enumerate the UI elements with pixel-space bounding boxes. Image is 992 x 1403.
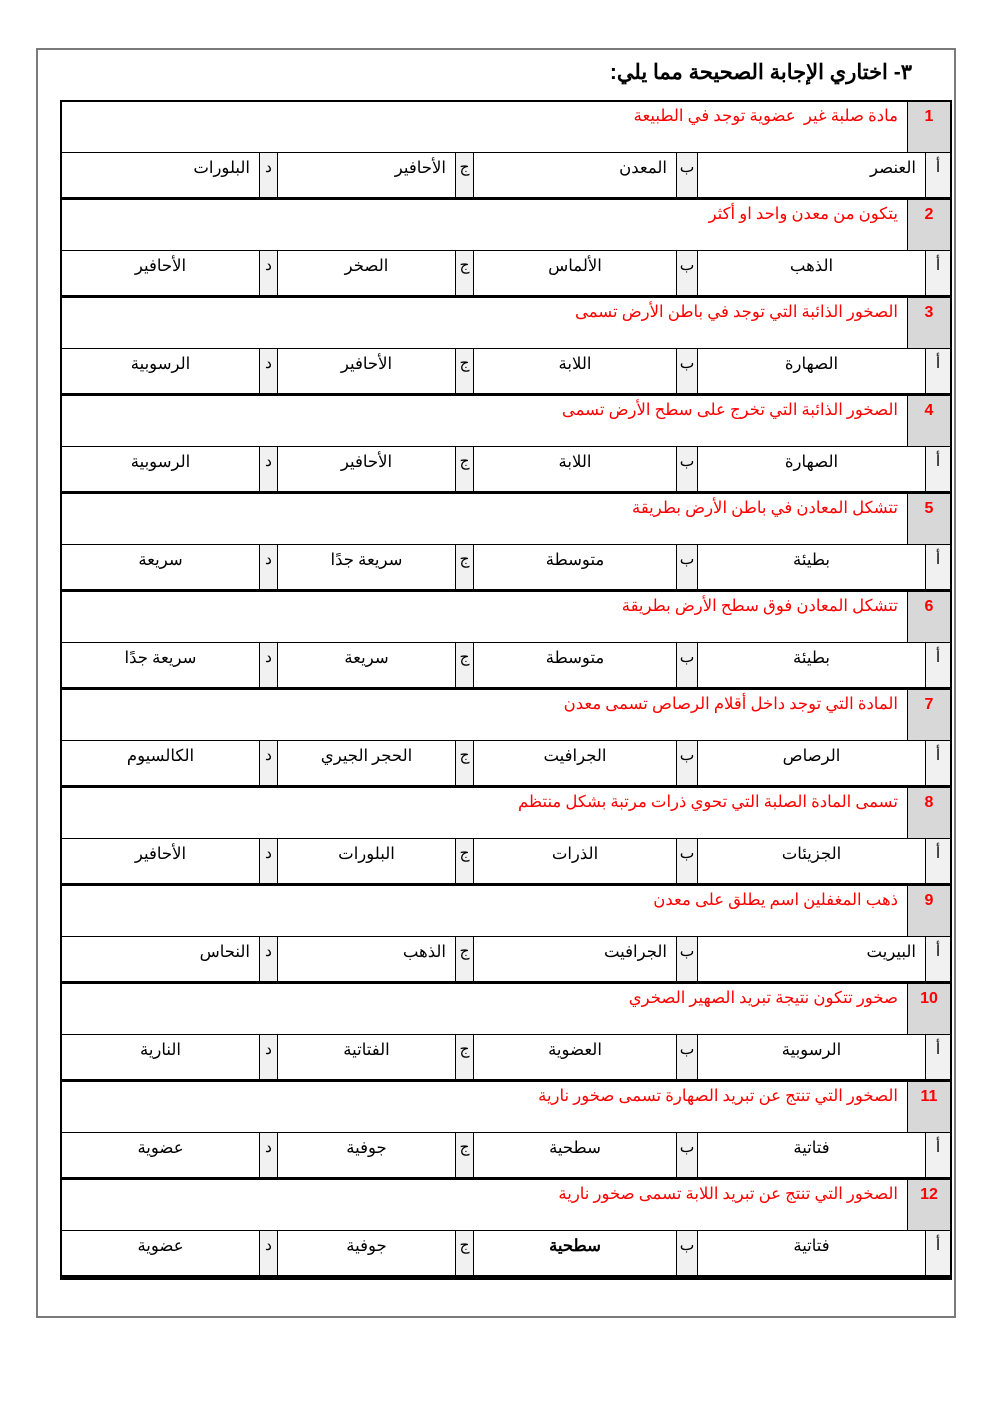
option-letter: ب	[677, 447, 698, 491]
question-row: 2 يتكون من معدن واحد او أكثر	[62, 200, 950, 251]
option-letter: د	[260, 937, 278, 981]
question-text: الصخور التي تنتج عن تبريد الصهارة تسمى ص…	[62, 1082, 908, 1132]
question-block: 10 صخور تتكون نتيجة تبريد الصهير الصخري …	[62, 984, 950, 1082]
option-letter: ب	[677, 1035, 698, 1079]
option-text: فتاتية	[698, 1231, 926, 1275]
option-letter: د	[260, 1133, 278, 1177]
options-row: أ الصهارة ب اللابة ج الأحافير د الرسوبية	[62, 447, 950, 491]
option-letter: د	[260, 1231, 278, 1275]
question-number: 2	[908, 200, 950, 250]
option-letter: ب	[677, 251, 698, 295]
option-letter: د	[260, 251, 278, 295]
question-block: 8 تسمى المادة الصلبة التي تحوي ذرات مرتب…	[62, 788, 950, 886]
option-letter: أ	[926, 545, 950, 589]
option-letter: د	[260, 545, 278, 589]
option-text: الأحافير	[278, 153, 456, 197]
option-letter: أ	[926, 153, 950, 197]
option-letter: أ	[926, 447, 950, 491]
option-text: فتاتية	[698, 1133, 926, 1177]
option-letter: د	[260, 447, 278, 491]
option-text: سريعة جدًا	[278, 545, 456, 589]
question-number: 8	[908, 788, 950, 838]
option-letter: أ	[926, 1231, 950, 1275]
question-text: يتكون من معدن واحد او أكثر	[62, 200, 908, 250]
option-letter: ج	[456, 1133, 474, 1177]
question-number: 5	[908, 494, 950, 544]
option-letter: أ	[926, 251, 950, 295]
option-text: الكالسيوم	[62, 741, 260, 785]
option-text: النحاس	[62, 937, 260, 981]
option-text: النارية	[62, 1035, 260, 1079]
question-block: 12 الصخور التي تنتج عن تبريد اللابة تسمى…	[62, 1180, 950, 1275]
option-text: الذهب	[278, 937, 456, 981]
options-row: أ الجزيئات ب الذرات ج البلورات د الأحافي…	[62, 839, 950, 883]
question-text: ذهب المغفلين اسم يطلق على معدن	[62, 886, 908, 936]
option-text: سريعة	[62, 545, 260, 589]
option-letter: ج	[456, 545, 474, 589]
option-text: المعدن	[474, 153, 677, 197]
option-letter: د	[260, 1035, 278, 1079]
option-text: سطحية	[474, 1133, 677, 1177]
option-letter: ج	[456, 839, 474, 883]
option-letter: ب	[677, 153, 698, 197]
options-row: أ بطيئة ب متوسطة ج سريعة د سريعة جدًا	[62, 643, 950, 687]
option-letter: ب	[677, 1133, 698, 1177]
options-row: أ الرصاص ب الجرافيت ج الحجر الجيري د الك…	[62, 741, 950, 785]
question-block: 11 الصخور التي تنتج عن تبريد الصهارة تسم…	[62, 1082, 950, 1180]
options-row: أ العنصر ب المعدن ج الأحافير د البلورات	[62, 153, 950, 197]
question-row: 1 مادة صلبة غير عضوية توجد في الطبيعة	[62, 102, 950, 153]
option-text: جوفية	[278, 1133, 456, 1177]
options-row: أ فتاتية ب سطحية ج جوفية د عضوية	[62, 1231, 950, 1275]
option-text: البلورات	[278, 839, 456, 883]
option-text: العضوية	[474, 1035, 677, 1079]
question-text: تتشكل المعادن في باطن الأرض بطريقة	[62, 494, 908, 544]
question-number: 12	[908, 1180, 950, 1230]
question-text: تتشكل المعادن فوق سطح الأرض بطريقة	[62, 592, 908, 642]
question-row: 3 الصخور الذائبة التي توجد في باطن الأرض…	[62, 298, 950, 349]
option-text: الذرات	[474, 839, 677, 883]
question-row: 8 تسمى المادة الصلبة التي تحوي ذرات مرتب…	[62, 788, 950, 839]
option-letter: ج	[456, 643, 474, 687]
option-text: الحجر الجيري	[278, 741, 456, 785]
question-number: 4	[908, 396, 950, 446]
option-text: الرسوبية	[62, 349, 260, 393]
option-text: اللابة	[474, 349, 677, 393]
question-text: الصخور الذائبة التي توجد في باطن الأرض ت…	[62, 298, 908, 348]
question-row: 12 الصخور التي تنتج عن تبريد اللابة تسمى…	[62, 1180, 950, 1231]
question-number: 9	[908, 886, 950, 936]
option-text: الرسوبية	[62, 447, 260, 491]
option-letter: ب	[677, 839, 698, 883]
option-letter: ج	[456, 349, 474, 393]
question-number: 1	[908, 102, 950, 152]
option-text: متوسطة	[474, 643, 677, 687]
question-row: 7 المادة التي توجد داخل أقلام الرصاص تسم…	[62, 690, 950, 741]
option-text: الألماس	[474, 251, 677, 295]
question-number: 3	[908, 298, 950, 348]
option-text: عضوية	[62, 1231, 260, 1275]
option-letter: ج	[456, 447, 474, 491]
question-block: 2 يتكون من معدن واحد او أكثر أ الذهب ب ا…	[62, 200, 950, 298]
option-text: الصهارة	[698, 447, 926, 491]
option-letter: د	[260, 839, 278, 883]
options-row: أ فتاتية ب سطحية ج جوفية د عضوية	[62, 1133, 950, 1177]
option-letter: أ	[926, 643, 950, 687]
question-number: 11	[908, 1082, 950, 1132]
option-text: عضوية	[62, 1133, 260, 1177]
option-text: سريعة جدًا	[62, 643, 260, 687]
option-text: الصهارة	[698, 349, 926, 393]
option-letter: ب	[677, 545, 698, 589]
option-text: الفتاتية	[278, 1035, 456, 1079]
option-text: الأحافير	[278, 349, 456, 393]
option-text: البيريت	[698, 937, 926, 981]
question-number: 6	[908, 592, 950, 642]
question-row: 6 تتشكل المعادن فوق سطح الأرض بطريقة	[62, 592, 950, 643]
option-letter: ج	[456, 741, 474, 785]
question-number: 10	[908, 984, 950, 1034]
options-row: أ الذهب ب الألماس ج الصخر د الأحافير	[62, 251, 950, 295]
option-text: بطيئة	[698, 643, 926, 687]
options-row: أ البيريت ب الجرافيت ج الذهب د النحاس	[62, 937, 950, 981]
quiz-table: 1 مادة صلبة غير عضوية توجد في الطبيعة أ …	[60, 100, 952, 1280]
option-text: الجرافيت	[474, 937, 677, 981]
page-frame: ٣- اختاري الإجابة الصحيحة مما يلي: 1 ماد…	[36, 48, 956, 1318]
option-text: الجرافيت	[474, 741, 677, 785]
option-letter: د	[260, 741, 278, 785]
question-block: 7 المادة التي توجد داخل أقلام الرصاص تسم…	[62, 690, 950, 788]
question-text: مادة صلبة غير عضوية توجد في الطبيعة	[62, 102, 908, 152]
option-letter: أ	[926, 741, 950, 785]
question-block: 3 الصخور الذائبة التي توجد في باطن الأرض…	[62, 298, 950, 396]
option-text: سريعة	[278, 643, 456, 687]
question-block: 5 تتشكل المعادن في باطن الأرض بطريقة أ ب…	[62, 494, 950, 592]
question-number: 7	[908, 690, 950, 740]
option-letter: أ	[926, 937, 950, 981]
question-block: 4 الصخور الذائبة التي تخرج على سطح الأرض…	[62, 396, 950, 494]
option-letter: أ	[926, 839, 950, 883]
option-letter: ب	[677, 643, 698, 687]
option-text: الأحافير	[62, 839, 260, 883]
question-row: 5 تتشكل المعادن في باطن الأرض بطريقة	[62, 494, 950, 545]
option-text: الذهب	[698, 251, 926, 295]
question-block: 6 تتشكل المعادن فوق سطح الأرض بطريقة أ ب…	[62, 592, 950, 690]
option-letter: أ	[926, 1133, 950, 1177]
option-letter: د	[260, 349, 278, 393]
page-title: ٣- اختاري الإجابة الصحيحة مما يلي:	[38, 60, 912, 85]
option-letter: ب	[677, 349, 698, 393]
question-row: 4 الصخور الذائبة التي تخرج على سطح الأرض…	[62, 396, 950, 447]
option-letter: ج	[456, 1231, 474, 1275]
option-text: سطحية	[474, 1231, 677, 1275]
option-letter: ب	[677, 937, 698, 981]
option-letter: أ	[926, 1035, 950, 1079]
option-text: بطيئة	[698, 545, 926, 589]
option-text: البلورات	[62, 153, 260, 197]
option-text: الأحافير	[62, 251, 260, 295]
option-text: متوسطة	[474, 545, 677, 589]
question-text: الصخور الذائبة التي تخرج على سطح الأرض ت…	[62, 396, 908, 446]
option-letter: ج	[456, 1035, 474, 1079]
option-text: العنصر	[698, 153, 926, 197]
question-row: 10 صخور تتكون نتيجة تبريد الصهير الصخري	[62, 984, 950, 1035]
options-row: أ الصهارة ب اللابة ج الأحافير د الرسوبية	[62, 349, 950, 393]
question-text: صخور تتكون نتيجة تبريد الصهير الصخري	[62, 984, 908, 1034]
option-letter: أ	[926, 349, 950, 393]
option-letter: ج	[456, 937, 474, 981]
option-text: الأحافير	[278, 447, 456, 491]
question-block: 1 مادة صلبة غير عضوية توجد في الطبيعة أ …	[62, 102, 950, 200]
option-letter: ب	[677, 1231, 698, 1275]
option-text: اللابة	[474, 447, 677, 491]
option-letter: د	[260, 643, 278, 687]
option-text: جوفية	[278, 1231, 456, 1275]
option-text: الرصاص	[698, 741, 926, 785]
option-text: الجزيئات	[698, 839, 926, 883]
option-text: الرسوبية	[698, 1035, 926, 1079]
option-letter: د	[260, 153, 278, 197]
question-row: 11 الصخور التي تنتج عن تبريد الصهارة تسم…	[62, 1082, 950, 1133]
options-row: أ بطيئة ب متوسطة ج سريعة جدًا د سريعة	[62, 545, 950, 589]
option-letter: ب	[677, 741, 698, 785]
option-letter: ج	[456, 251, 474, 295]
options-row: أ الرسوبية ب العضوية ج الفتاتية د الناري…	[62, 1035, 950, 1079]
question-row: 9 ذهب المغفلين اسم يطلق على معدن	[62, 886, 950, 937]
option-text: الصخر	[278, 251, 456, 295]
question-text: المادة التي توجد داخل أقلام الرصاص تسمى …	[62, 690, 908, 740]
option-letter: ج	[456, 153, 474, 197]
question-block: 9 ذهب المغفلين اسم يطلق على معدن أ البير…	[62, 886, 950, 984]
question-text: الصخور التي تنتج عن تبريد اللابة تسمى صخ…	[62, 1180, 908, 1230]
question-text: تسمى المادة الصلبة التي تحوي ذرات مرتبة …	[62, 788, 908, 838]
